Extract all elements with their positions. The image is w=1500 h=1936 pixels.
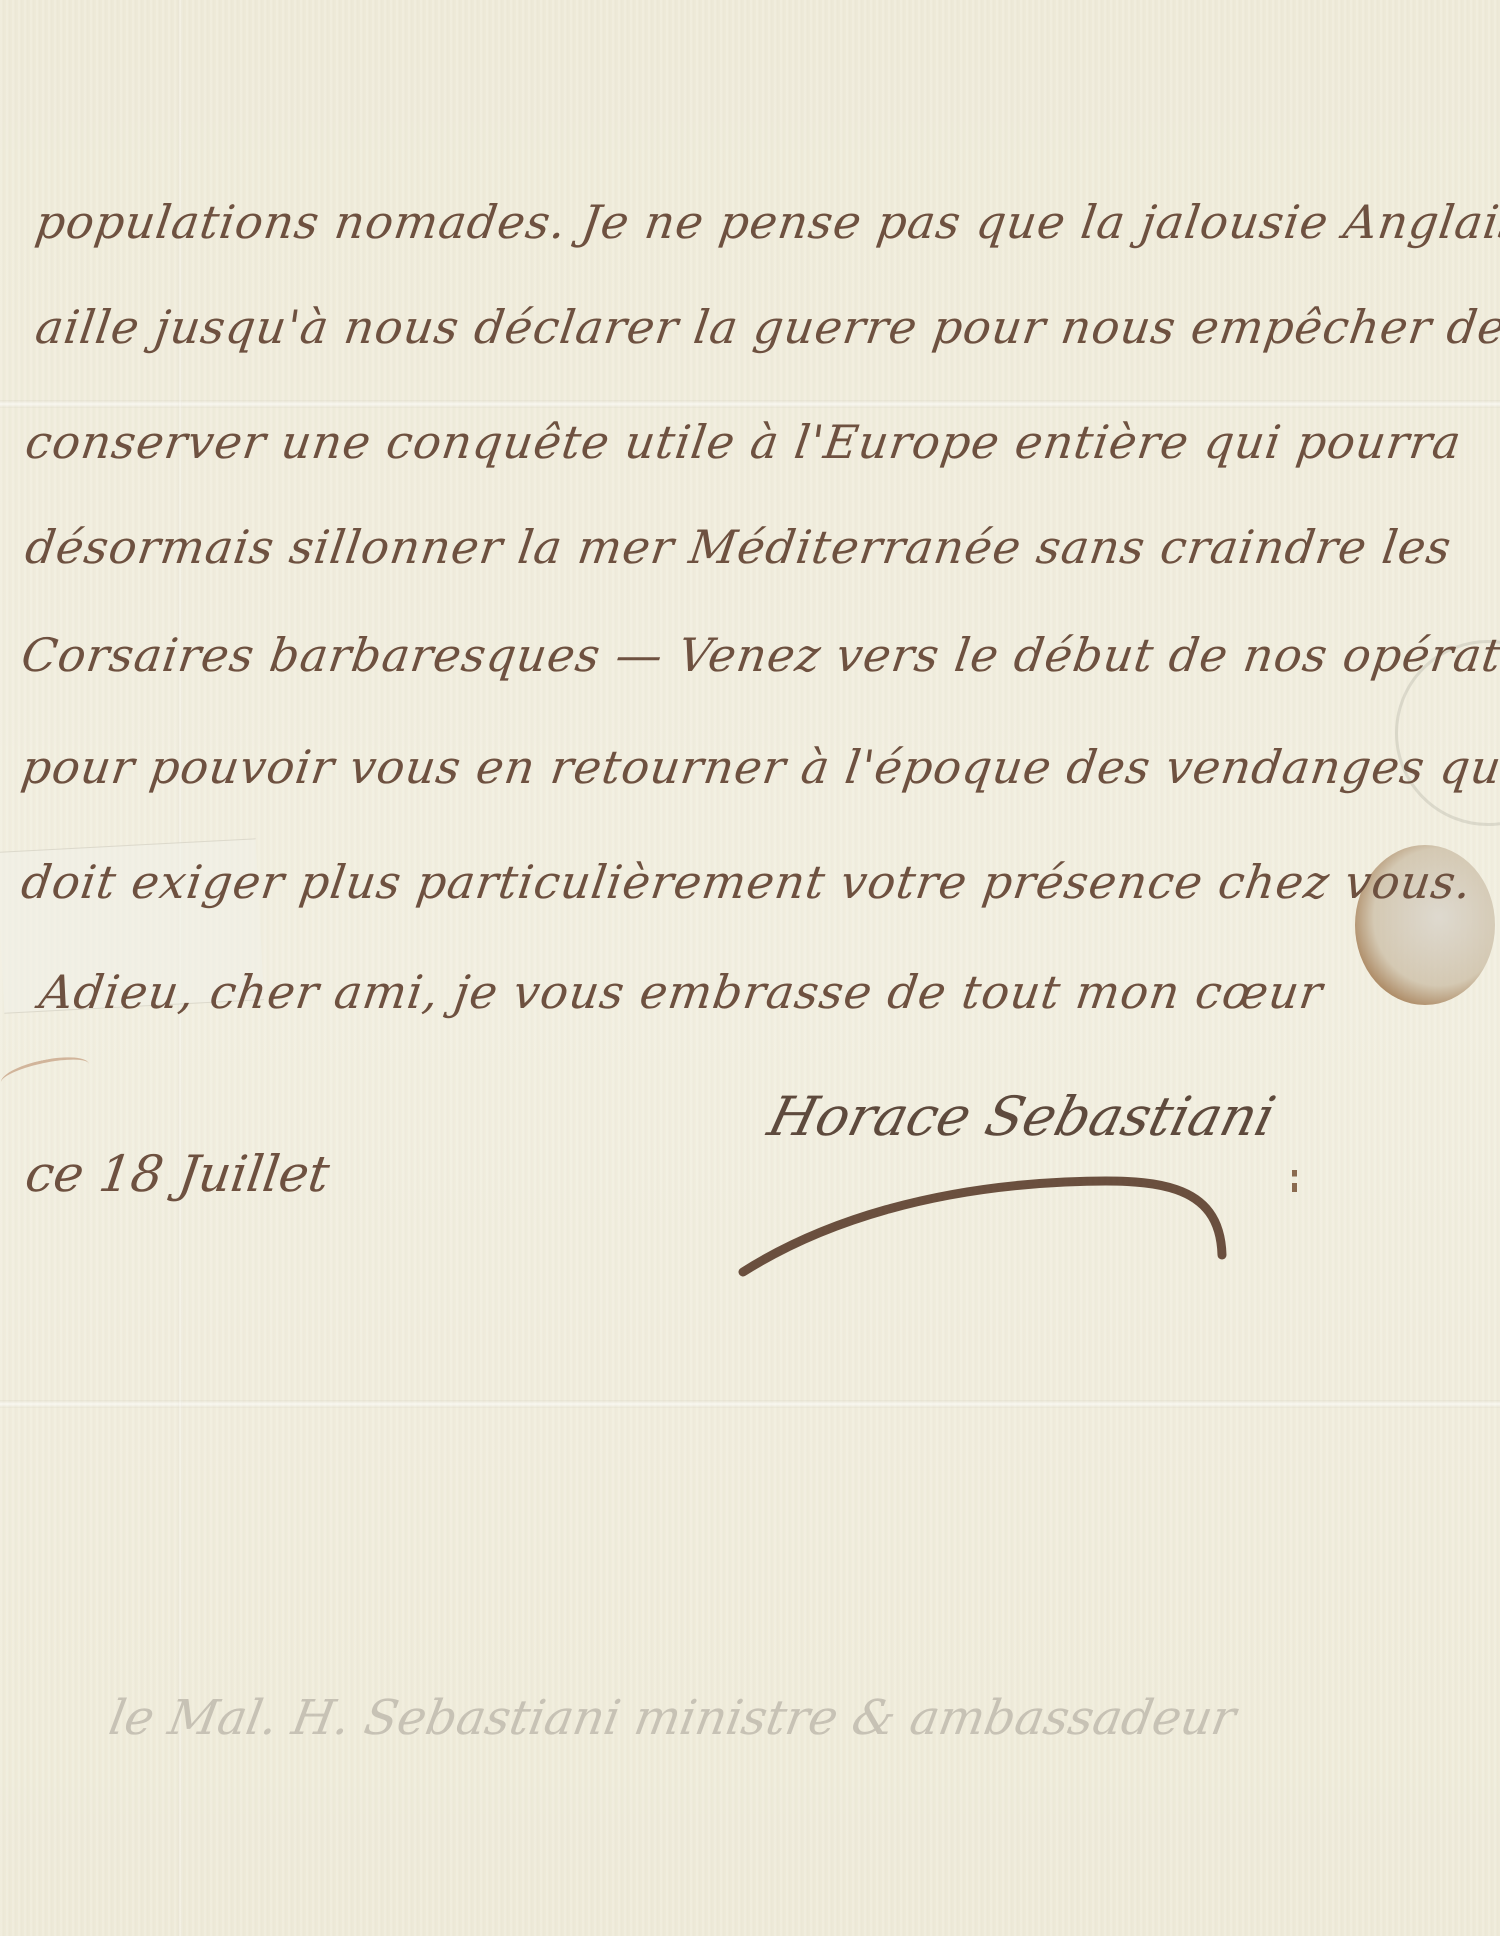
letter-date: ce 18 Juillet	[22, 1145, 333, 1203]
letter-line: pour pouvoir vous en retourner à l'époqu…	[18, 740, 1500, 794]
letter-line: conserver une conquête utile à l'Europe …	[22, 415, 1465, 469]
letter-line: aille jusqu'à nous déclarer la guerre po…	[32, 300, 1500, 354]
letter-line: doit exiger plus particulièrement votre …	[18, 855, 1475, 909]
letter-line: Corsaires barbaresques — Venez vers le d…	[18, 628, 1500, 682]
letter-line: désormais sillonner la mer Méditerranée …	[22, 520, 1455, 574]
letter-page: populations nomades. Je ne pense pas que…	[0, 0, 1500, 1936]
signature-flourish-icon	[735, 1160, 1235, 1280]
archival-annotation: le Mal. H. Sebastiani ministre & ambassa…	[105, 1690, 1240, 1746]
fold-crease-top	[0, 400, 1500, 408]
signature: Horace Sebastiani	[762, 1085, 1281, 1148]
letter-closing: Adieu, cher ami, je vous embrasse de tou…	[36, 965, 1326, 1019]
ink-mark	[1292, 1170, 1297, 1192]
ink-stain	[0, 1051, 92, 1096]
fold-crease-bottom	[0, 1400, 1500, 1408]
letter-line: populations nomades. Je ne pense pas que…	[32, 195, 1500, 249]
